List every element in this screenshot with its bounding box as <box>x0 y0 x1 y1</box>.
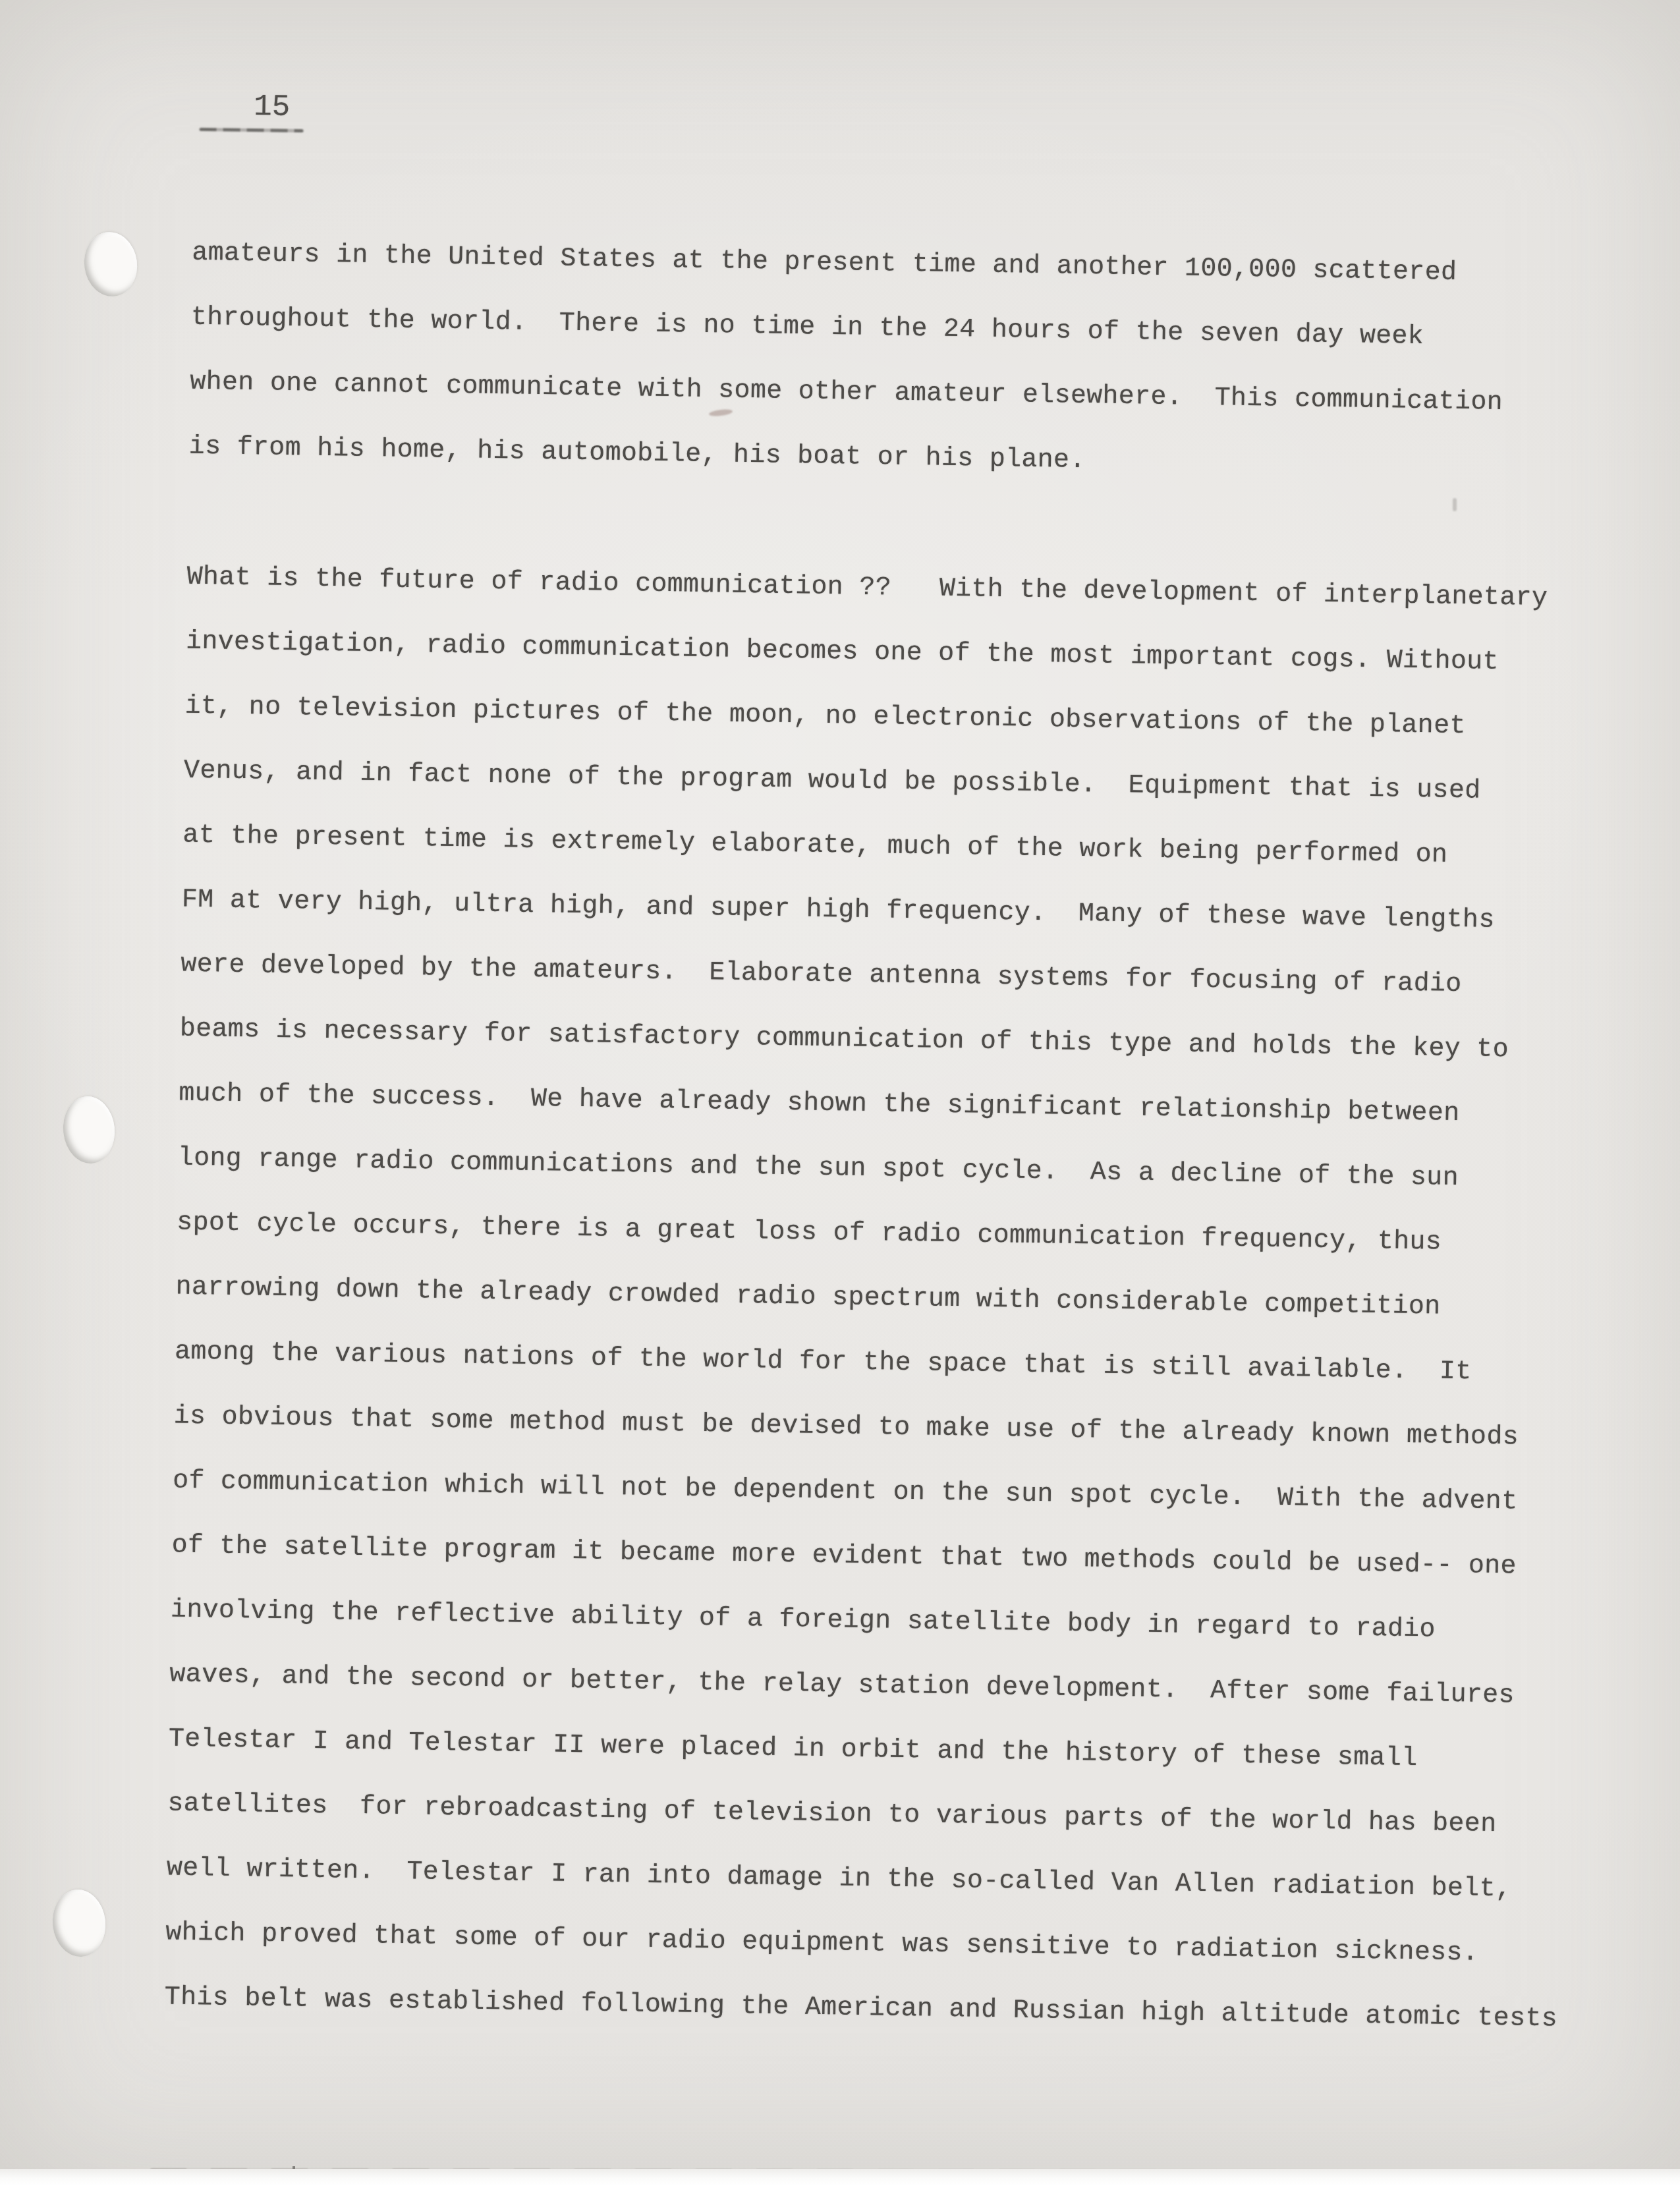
punch-hole-bottom <box>49 1887 109 1959</box>
document-text: amateurs in the United States at the pre… <box>164 239 1655 2071</box>
page-number: 15 <box>200 89 307 132</box>
page-number-text: 15 <box>200 89 291 125</box>
paragraph-1: amateurs in the United States at the pre… <box>188 239 1655 520</box>
scanned-typewritten-page: { "page": { "number": "15" }, "colors": … <box>0 0 1680 2186</box>
punch-hole-top <box>80 229 142 300</box>
scanner-edge-strip <box>0 2169 1680 2186</box>
punch-hole-middle <box>60 1094 118 1166</box>
paragraph-2: What is the future of radio communicatio… <box>164 563 1650 2071</box>
